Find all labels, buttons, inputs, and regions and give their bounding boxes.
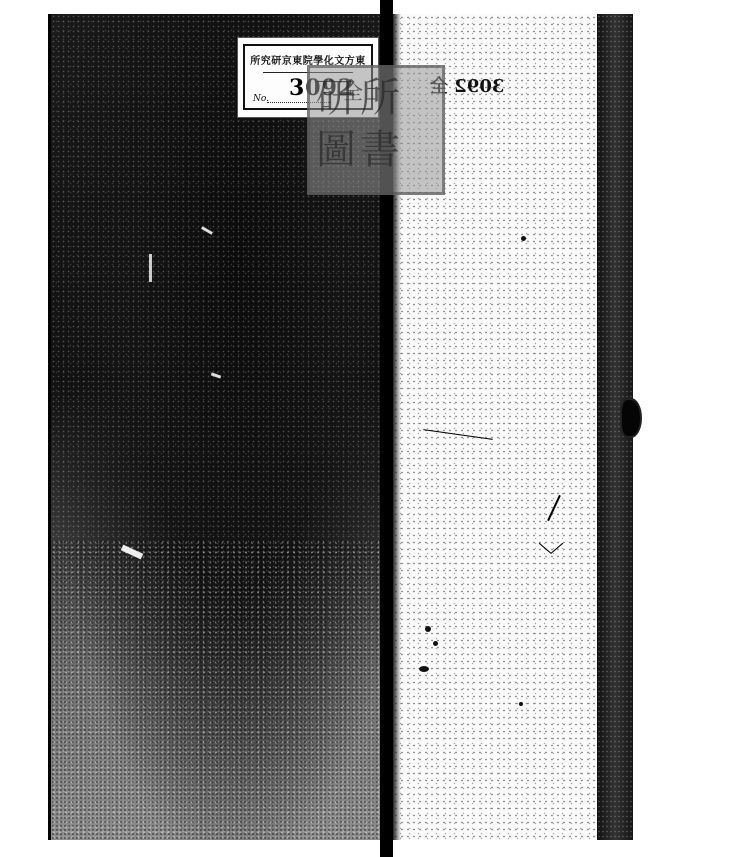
scratch-mark [149,254,152,282]
ink-spot [419,666,429,672]
seal-character: 書 [360,130,400,170]
stray-line [547,495,561,521]
ink-spot [519,702,523,706]
seal-character: 研 [316,78,356,118]
ink-spot [433,641,438,646]
scratch-mark [211,372,221,378]
ink-spot [521,236,526,241]
seal-character: 所 [360,78,400,118]
seal-character: 圖 [316,130,356,170]
worn-texture [51,540,389,840]
scratch-mark [121,545,143,560]
scratch-mark [201,226,213,235]
scanned-document: 所究研京東院學化文方東 3092 全 No. ﹀ 3092 全 圖 研 所 書 [0,0,750,857]
library-seal-stamp: 圖 研 所 書 [307,65,445,195]
stray-ink-glyph: ﹀ [538,536,564,573]
binding-string-knot [620,398,642,438]
ink-spot [425,626,431,632]
stray-line [423,429,492,440]
